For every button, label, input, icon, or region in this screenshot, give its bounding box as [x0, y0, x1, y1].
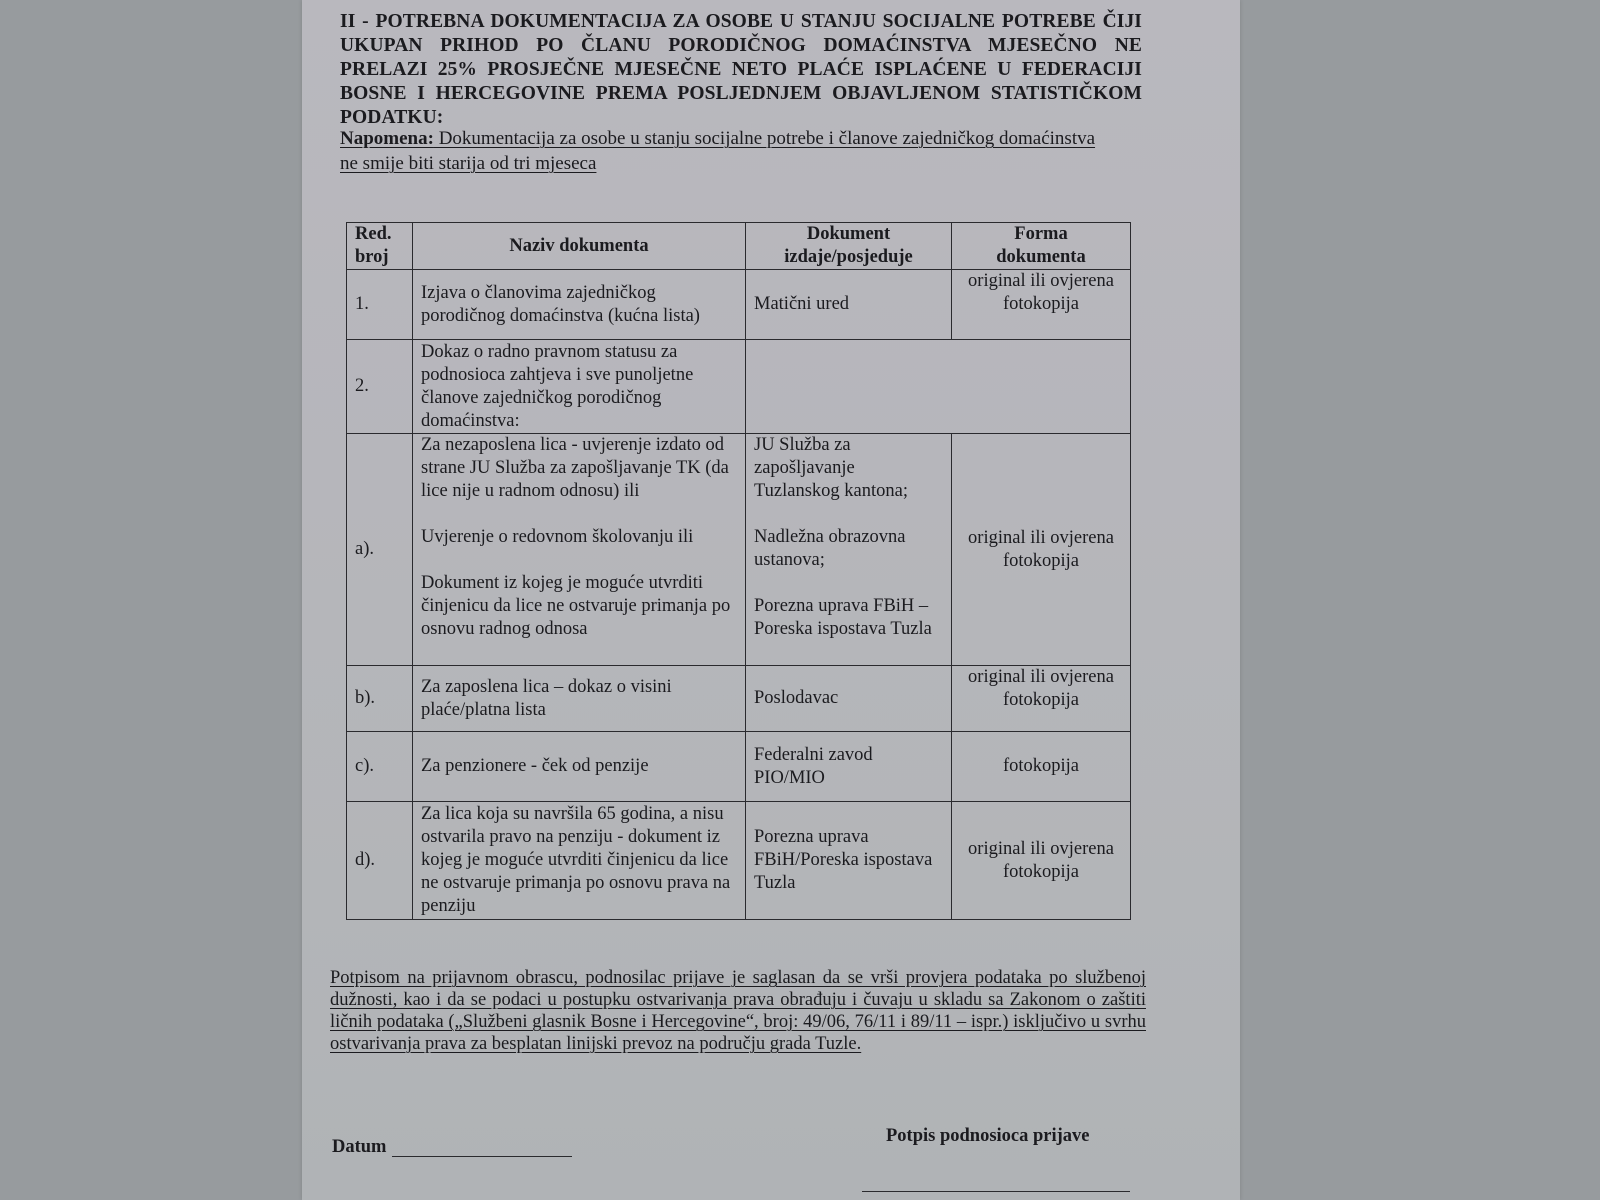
signature-label: Potpis podnosioca prijave	[886, 1126, 1090, 1147]
row-name: Dokaz o radno pravnom statusu za podnosi…	[413, 340, 746, 434]
date-label: Datum	[332, 1137, 386, 1158]
note-text: Dokumentacija za osobe u stanju socijaln…	[434, 128, 1095, 149]
note: Napomena: Dokumentacija za osobe u stanj…	[340, 126, 1140, 176]
header-naziv: Naziv dokumenta	[413, 223, 746, 270]
row-issuer: Poslodavac	[746, 666, 952, 732]
row-form: original ili ovjerena fotokopija	[952, 434, 1131, 666]
row-number: d).	[347, 802, 413, 920]
row-name: Za nezaposlena lica - uvjerenje izdato o…	[413, 434, 746, 666]
row-issuer: JU Služba za zapošljavanje Tuzlanskog ka…	[746, 434, 952, 666]
heading-line: II - POTREBNA DOKUMENTACIJA ZA OSOBE U S…	[340, 10, 1142, 34]
heading-line: PRELAZI 25% PROSJEČNE MJESEČNE NETO PLAĆ…	[340, 58, 1142, 82]
row-empty	[746, 340, 1131, 434]
date-field-line[interactable]	[392, 1156, 572, 1157]
row-issuer: Porezna uprava FBiH/Poreska ispostava Tu…	[746, 802, 952, 920]
row-number: 2.	[347, 340, 413, 434]
table-row: c). Za penzionere - ček od penzije Feder…	[347, 732, 1131, 802]
row-name: Za penzionere - ček od penzije	[413, 732, 746, 802]
row-number: a).	[347, 434, 413, 666]
table-row: 1. Izjava o članovima zajedničkog porodi…	[347, 270, 1131, 340]
documents-table: Red. broj Naziv dokumenta Dokument izdaj…	[346, 222, 1131, 920]
row-name: Za zaposlena lica – dokaz o visini plaće…	[413, 666, 746, 732]
heading-line: BOSNE I HERCEGOVINE PREMA POSLJEDNJEM OB…	[340, 82, 1142, 106]
note-text-2: ne smije biti starija od tri mjeseca	[340, 153, 596, 174]
row-form: original ili ovjerena fotokopija	[952, 802, 1131, 920]
table-header-row: Red. broj Naziv dokumenta Dokument izdaj…	[347, 223, 1131, 270]
row-form: fotokopija	[952, 732, 1131, 802]
signature-field-line[interactable]	[862, 1191, 1130, 1192]
table-row: a). Za nezaposlena lica - uvjerenje izda…	[347, 434, 1131, 666]
heading-line: UKUPAN PRIHOD PO ČLANU PORODIČNOG DOMAĆI…	[340, 34, 1142, 58]
section-heading: II - POTREBNA DOKUMENTACIJA ZA OSOBE U S…	[340, 10, 1142, 130]
row-number: c).	[347, 732, 413, 802]
table-row: 2. Dokaz o radno pravnom statusu za podn…	[347, 340, 1131, 434]
note-label: Napomena:	[340, 128, 434, 149]
row-number: b).	[347, 666, 413, 732]
row-name: Izjava o članovima zajedničkog porodično…	[413, 270, 746, 340]
table-row: b). Za zaposlena lica – dokaz o visini p…	[347, 666, 1131, 732]
header-forma: Forma dokumenta	[952, 223, 1131, 270]
header-izdaje: Dokument izdaje/posjeduje	[746, 223, 952, 270]
row-form: original ili ovjerena fotokopija	[952, 666, 1131, 732]
row-form: original ili ovjerena fotokopija	[952, 270, 1131, 340]
table-row: d). Za lica koja su navršila 65 godina, …	[347, 802, 1131, 920]
consent-statement: Potpisom na prijavnom obrascu, podnosila…	[330, 967, 1146, 1055]
row-number: 1.	[347, 270, 413, 340]
header-red-broj: Red. broj	[347, 223, 413, 270]
row-issuer: Matični ured	[746, 270, 952, 340]
row-issuer: Federalni zavod PIO/MIO	[746, 732, 952, 802]
row-name: Za lica koja su navršila 65 godina, a ni…	[413, 802, 746, 920]
